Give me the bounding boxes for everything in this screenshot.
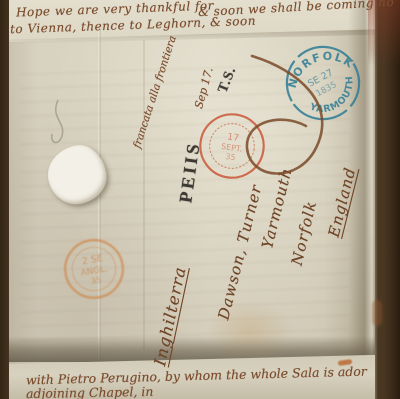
postage-mark-6-flourish <box>247 56 322 174</box>
letter-photo: Hope we are very thankful for & soon we … <box>0 0 400 399</box>
pencil-squiggle <box>52 100 63 143</box>
ink-marks-overlay <box>0 0 400 399</box>
